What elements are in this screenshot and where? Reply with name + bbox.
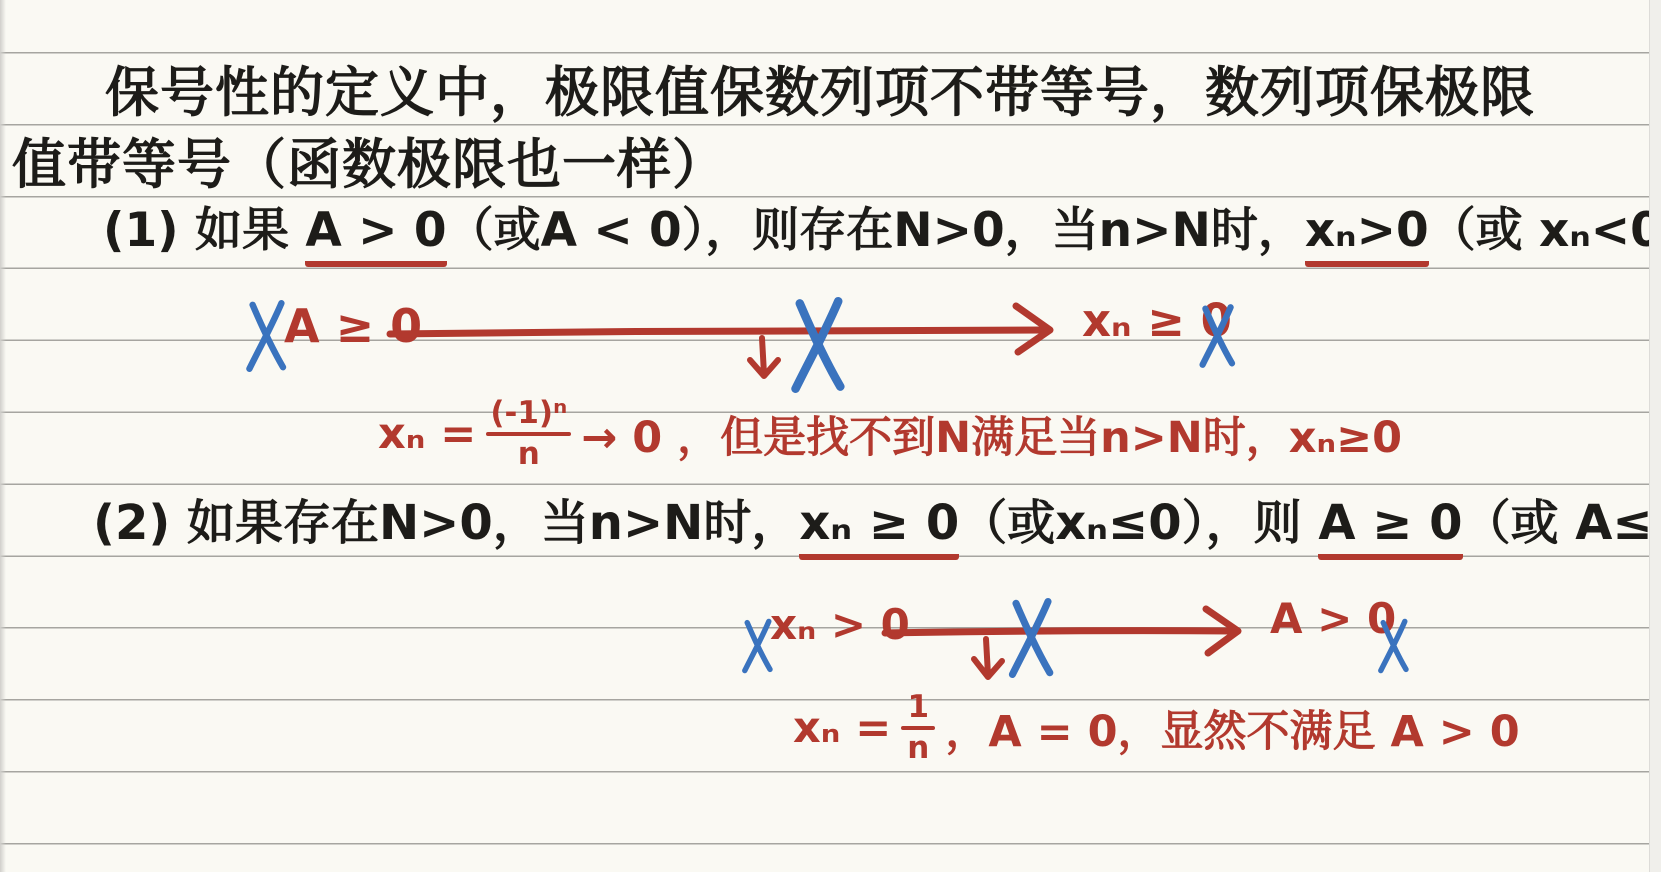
counterexample-2: xₙ = 1 n ，A = 0，显然不满足 A > 0	[793, 680, 1520, 776]
cross-out-x-icon	[1004, 598, 1060, 678]
counterexample-1-text: → 0 ，但是找不到N满足当n>N时，xₙ≥0	[581, 404, 1402, 465]
formula-lhs: xₙ =	[378, 409, 476, 459]
page-edge-left	[0, 0, 6, 872]
page-edge-right	[1649, 0, 1661, 872]
underlined-term: xₙ ≥ 0	[799, 495, 959, 560]
down-arrow-icon	[750, 338, 778, 376]
counterexample-1: xₙ = (-1)ⁿ n → 0 ，但是找不到N满足当n>N时，xₙ≥0	[378, 386, 1402, 482]
point-1-text: （或A < 0），则存在N>0，当n>N时，	[447, 203, 1305, 258]
cross-out-x-icon	[1197, 301, 1239, 371]
fraction-numerator: 1	[904, 692, 934, 723]
point-2-text: （或xₙ≤0），则	[959, 495, 1318, 551]
notebook-page: 保号性的定义中，极限值保数列项不带等号，数列项保极限 值带等号（函数极限也一样）…	[0, 0, 1661, 872]
fraction: (-1)ⁿ n	[486, 398, 571, 470]
fraction-denominator: n	[514, 439, 544, 470]
underlined-term: A ≥ 0	[1318, 495, 1462, 560]
down-arrow-icon	[974, 639, 1002, 677]
point-2-line: (2) 如果存在N>0，当n>N时，xₙ ≥ 0（或xₙ≤0），则 A ≥ 0（…	[93, 496, 1661, 551]
cross-out-x-icon	[1376, 616, 1412, 676]
arrow-shaft	[390, 330, 1046, 334]
underlined-term: xₙ>0	[1305, 203, 1429, 267]
cross-out-x-icon	[787, 294, 851, 396]
underlined-term: A > 0	[305, 203, 446, 267]
note-header-line-2: 值带等号（函数极限也一样）	[12, 134, 727, 196]
point-1-text: (1) 如果	[103, 203, 305, 258]
fraction-numerator: (-1)ⁿ	[486, 398, 571, 429]
note-header-line-1: 保号性的定义中，极限值保数列项不带等号，数列项保极限	[105, 62, 1535, 124]
formula-lhs: xₙ =	[793, 703, 891, 753]
implication-arrow-icon	[882, 595, 1262, 690]
implication-arrow-icon	[388, 290, 1088, 390]
fraction: 1 n	[901, 692, 935, 764]
counterexample-2-text: ，A = 0，显然不满足 A > 0	[945, 698, 1519, 759]
point-2-text: （或 A≤0）	[1463, 495, 1661, 551]
point-1-line: (1) 如果 A > 0（或A < 0），则存在N>0，当n>N时，xₙ>0（或…	[103, 204, 1661, 258]
point-2-text: (2) 如果存在N>0，当n>N时，	[93, 495, 799, 551]
point-1-text: （或 xₙ<0）；	[1429, 203, 1661, 258]
fraction-denominator: n	[903, 733, 933, 764]
